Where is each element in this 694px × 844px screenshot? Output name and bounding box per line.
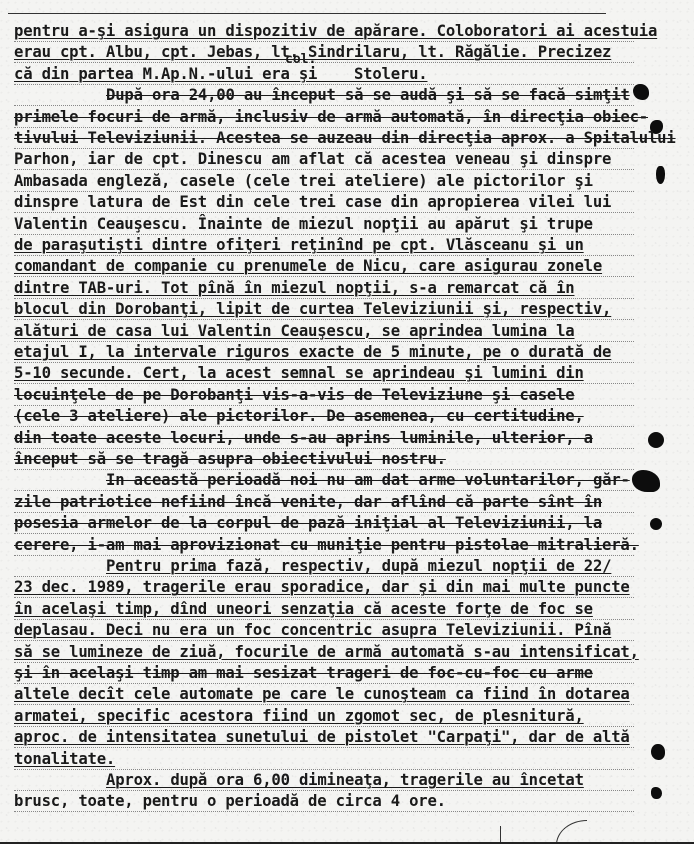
text-line: început să se tragă asupra obiectivului … xyxy=(14,450,446,470)
ink-blot xyxy=(632,470,660,492)
dotted-ruling xyxy=(14,319,634,320)
line-text: de paraşutişti dintre ofiţeri reţinînd p… xyxy=(14,236,584,254)
text-line: din toate aceste locuri, unde s-au aprin… xyxy=(14,429,593,449)
ink-blot xyxy=(651,787,662,799)
text-line: Pentru prima fază, respectiv, după miezu… xyxy=(106,557,611,577)
line-text: primele focuri de armă, inclusiv de armă… xyxy=(14,108,648,126)
line-text: blocul din Dorobanţi, lipit de curtea Te… xyxy=(14,300,611,318)
text-line: 5-10 secunde. Cert, la acest semnal se a… xyxy=(14,364,584,384)
text-line: că din partea M.Ap.N.-ului era şi Stoler… xyxy=(14,65,427,85)
dotted-ruling xyxy=(14,619,634,620)
line-text: tonalitate. xyxy=(14,750,115,768)
text-line: în acelaşi timp, dînd uneori senzaţia că… xyxy=(14,600,593,620)
line-text: erau cpt. Albu, cpt. Jebas, lt. Sindrila… xyxy=(14,43,611,61)
text-line: aproc. de intensitatea sunetului de pist… xyxy=(14,728,630,748)
line-text: din toate aceste locuri, unde s-au aprin… xyxy=(14,429,593,447)
dotted-ruling xyxy=(14,405,634,406)
line-text: 5-10 secunde. Cert, la acest semnal se a… xyxy=(14,364,584,382)
dotted-ruling xyxy=(14,704,634,705)
line-text: că din partea M.Ap.N.-ului era şi Stoler… xyxy=(14,65,427,83)
line-text: dinspre latura de Est din cele trei case… xyxy=(14,193,611,211)
dotted-ruling xyxy=(14,255,634,256)
ink-blot xyxy=(648,432,664,448)
dotted-ruling xyxy=(14,640,634,641)
dotted-ruling xyxy=(14,426,634,427)
text-line: Aprox. după ora 6,00 dimineaţa, trageril… xyxy=(106,771,584,791)
text-line: (cele 3 ateliere) ale pictorilor. De ase… xyxy=(14,407,584,427)
line-text: pentru a-şi asigura un dispozitiv de apă… xyxy=(14,22,657,40)
text-line: alături de casa lui Valentin Ceauşescu, … xyxy=(14,322,574,342)
line-text: Aprox. după ora 6,00 dimineaţa, trageril… xyxy=(106,771,584,789)
line-text: (cele 3 ateliere) ale pictorilor. De ase… xyxy=(14,407,584,425)
dotted-ruling xyxy=(14,533,634,534)
dotted-ruling xyxy=(14,127,634,128)
line-text: comandant de companie cu prenumele de Ni… xyxy=(14,257,602,275)
dotted-ruling xyxy=(14,512,634,513)
dotted-ruling xyxy=(14,191,634,192)
text-line: deplasau. Deci nu era un foc concentric … xyxy=(14,621,611,641)
dotted-ruling xyxy=(14,662,634,663)
text-line: tivului Televiziunii. Acestea se auzeau … xyxy=(14,129,676,149)
dotted-ruling xyxy=(14,41,634,42)
text-line: In această perioadă noi nu am dat arme v… xyxy=(106,471,630,491)
line-text: în acelaşi timp, dînd uneori senzaţia că… xyxy=(14,600,593,618)
line-text: etajul I, la intervale riguros exacte de… xyxy=(14,343,611,361)
text-line: După ora 24,00 au început să se audă şi … xyxy=(106,86,630,106)
ink-blot xyxy=(656,166,665,184)
dotted-ruling xyxy=(14,555,634,556)
line-text: început să se tragă asupra obiectivului … xyxy=(14,450,446,468)
line-text: deplasau. Deci nu era un foc concentric … xyxy=(14,621,611,639)
dotted-ruling xyxy=(14,169,634,170)
scanned-document-page: pentru a-şi asigura un dispozitiv de apă… xyxy=(0,0,694,844)
line-text: altele decît cele automate pe care le cu… xyxy=(14,685,630,703)
text-line: dinspre latura de Est din cele trei case… xyxy=(14,193,611,213)
text-line: locuinţele de pe Dorobanţi vis-a-vis de … xyxy=(14,386,574,406)
text-line: primele focuri de armă, inclusiv de armă… xyxy=(14,108,648,128)
dotted-ruling xyxy=(14,362,634,363)
dotted-ruling xyxy=(14,597,634,598)
dotted-ruling xyxy=(14,62,634,63)
text-line: Parhon, iar de cpt. Dinescu am aflat că … xyxy=(14,150,611,170)
line-text: Parhon, iar de cpt. Dinescu am aflat că … xyxy=(14,150,611,168)
dotted-ruling xyxy=(14,276,634,277)
dotted-ruling xyxy=(14,769,634,770)
dotted-ruling xyxy=(14,448,634,449)
text-line: altele decît cele automate pe care le cu… xyxy=(14,685,630,705)
line-text: posesia armelor de la corpul de pază ini… xyxy=(14,514,602,532)
dotted-ruling xyxy=(14,576,634,577)
dotted-ruling xyxy=(14,212,634,213)
line-text: şi în acelaşi timp am mai sesizat trager… xyxy=(14,664,593,682)
line-text: armatei, specific acestora fiind un zgom… xyxy=(14,707,584,725)
dotted-ruling xyxy=(14,726,634,727)
line-text: tivului Televiziunii. Acestea se auzeau … xyxy=(14,129,676,147)
text-line: armatei, specific acestora fiind un zgom… xyxy=(14,707,584,727)
dotted-ruling xyxy=(14,469,634,470)
dotted-ruling xyxy=(14,490,634,491)
line-text: brusc, toate, pentru o perioadă de circa… xyxy=(14,792,446,810)
line-text: In această perioadă noi nu am dat arme v… xyxy=(106,471,630,489)
dotted-ruling xyxy=(14,383,634,384)
dotted-ruling xyxy=(14,148,634,149)
dotted-ruling xyxy=(14,341,634,342)
text-line: tonalitate. xyxy=(14,750,115,770)
text-line: cerere, i-am mai aprovizionat cu muniţie… xyxy=(14,536,639,556)
line-text: Ambasada engleză, casele (cele trei atel… xyxy=(14,172,593,190)
dotted-ruling xyxy=(14,790,634,791)
ink-blot xyxy=(650,518,662,530)
line-text: 23 dec. 1989, tragerile erau sporadice, … xyxy=(14,578,630,596)
text-line: Valentin Ceauşescu. Înainte de miezul no… xyxy=(14,215,593,235)
text-line: de paraşutişti dintre ofiţeri reţinînd p… xyxy=(14,236,584,256)
ink-blot xyxy=(651,744,665,760)
line-text: zile patriotice nefiind încă venite, dar… xyxy=(14,493,602,511)
ink-blot xyxy=(633,84,649,100)
text-line: etajul I, la intervale riguros exacte de… xyxy=(14,343,611,363)
dotted-ruling xyxy=(14,811,634,812)
line-text: să se lumineze de ziuă, focurile de armă… xyxy=(14,643,639,661)
text-line: comandant de companie cu prenumele de Ni… xyxy=(14,257,602,277)
text-line: brusc, toate, pentru o perioadă de circa… xyxy=(14,792,446,812)
pen-stroke xyxy=(556,820,587,844)
pen-stroke xyxy=(500,826,503,842)
line-text: locuinţele de pe Dorobanţi vis-a-vis de … xyxy=(14,386,574,404)
text-line: blocul din Dorobanţi, lipit de curtea Te… xyxy=(14,300,611,320)
dotted-ruling xyxy=(14,683,634,684)
line-text: cerere, i-am mai aprovizionat cu muniţie… xyxy=(14,536,639,554)
text-line: 23 dec. 1989, tragerile erau sporadice, … xyxy=(14,578,630,598)
text-line: erau cpt. Albu, cpt. Jebas, lt. Sindrila… xyxy=(14,43,611,63)
line-text: Valentin Ceauşescu. Înainte de miezul no… xyxy=(14,215,593,233)
text-line: Ambasada engleză, casele (cele trei atel… xyxy=(14,172,593,192)
text-line: să se lumineze de ziuă, focurile de armă… xyxy=(14,643,639,663)
line-text: aproc. de intensitatea sunetului de pist… xyxy=(14,728,630,746)
text-line: pentru a-şi asigura un dispozitiv de apă… xyxy=(14,22,657,42)
top-rule xyxy=(8,13,606,14)
dotted-ruling xyxy=(14,747,634,748)
line-text: dintre TAB-uri. Tot pînă în miezul nopţi… xyxy=(14,279,574,297)
text-line: dintre TAB-uri. Tot pînă în miezul nopţi… xyxy=(14,279,574,299)
dotted-ruling xyxy=(14,105,634,106)
line-text: Pentru prima fază, respectiv, după miezu… xyxy=(106,557,611,575)
text-line: posesia armelor de la corpul de pază ini… xyxy=(14,514,602,534)
text-line: zile patriotice nefiind încă venite, dar… xyxy=(14,493,602,513)
dotted-ruling xyxy=(14,234,634,235)
line-text: alături de casa lui Valentin Ceauşescu, … xyxy=(14,322,574,340)
text-line: şi în acelaşi timp am mai sesizat trager… xyxy=(14,664,593,684)
dotted-ruling xyxy=(14,84,634,85)
dotted-ruling xyxy=(14,298,634,299)
line-text: După ora 24,00 au început să se audă şi … xyxy=(106,86,630,104)
